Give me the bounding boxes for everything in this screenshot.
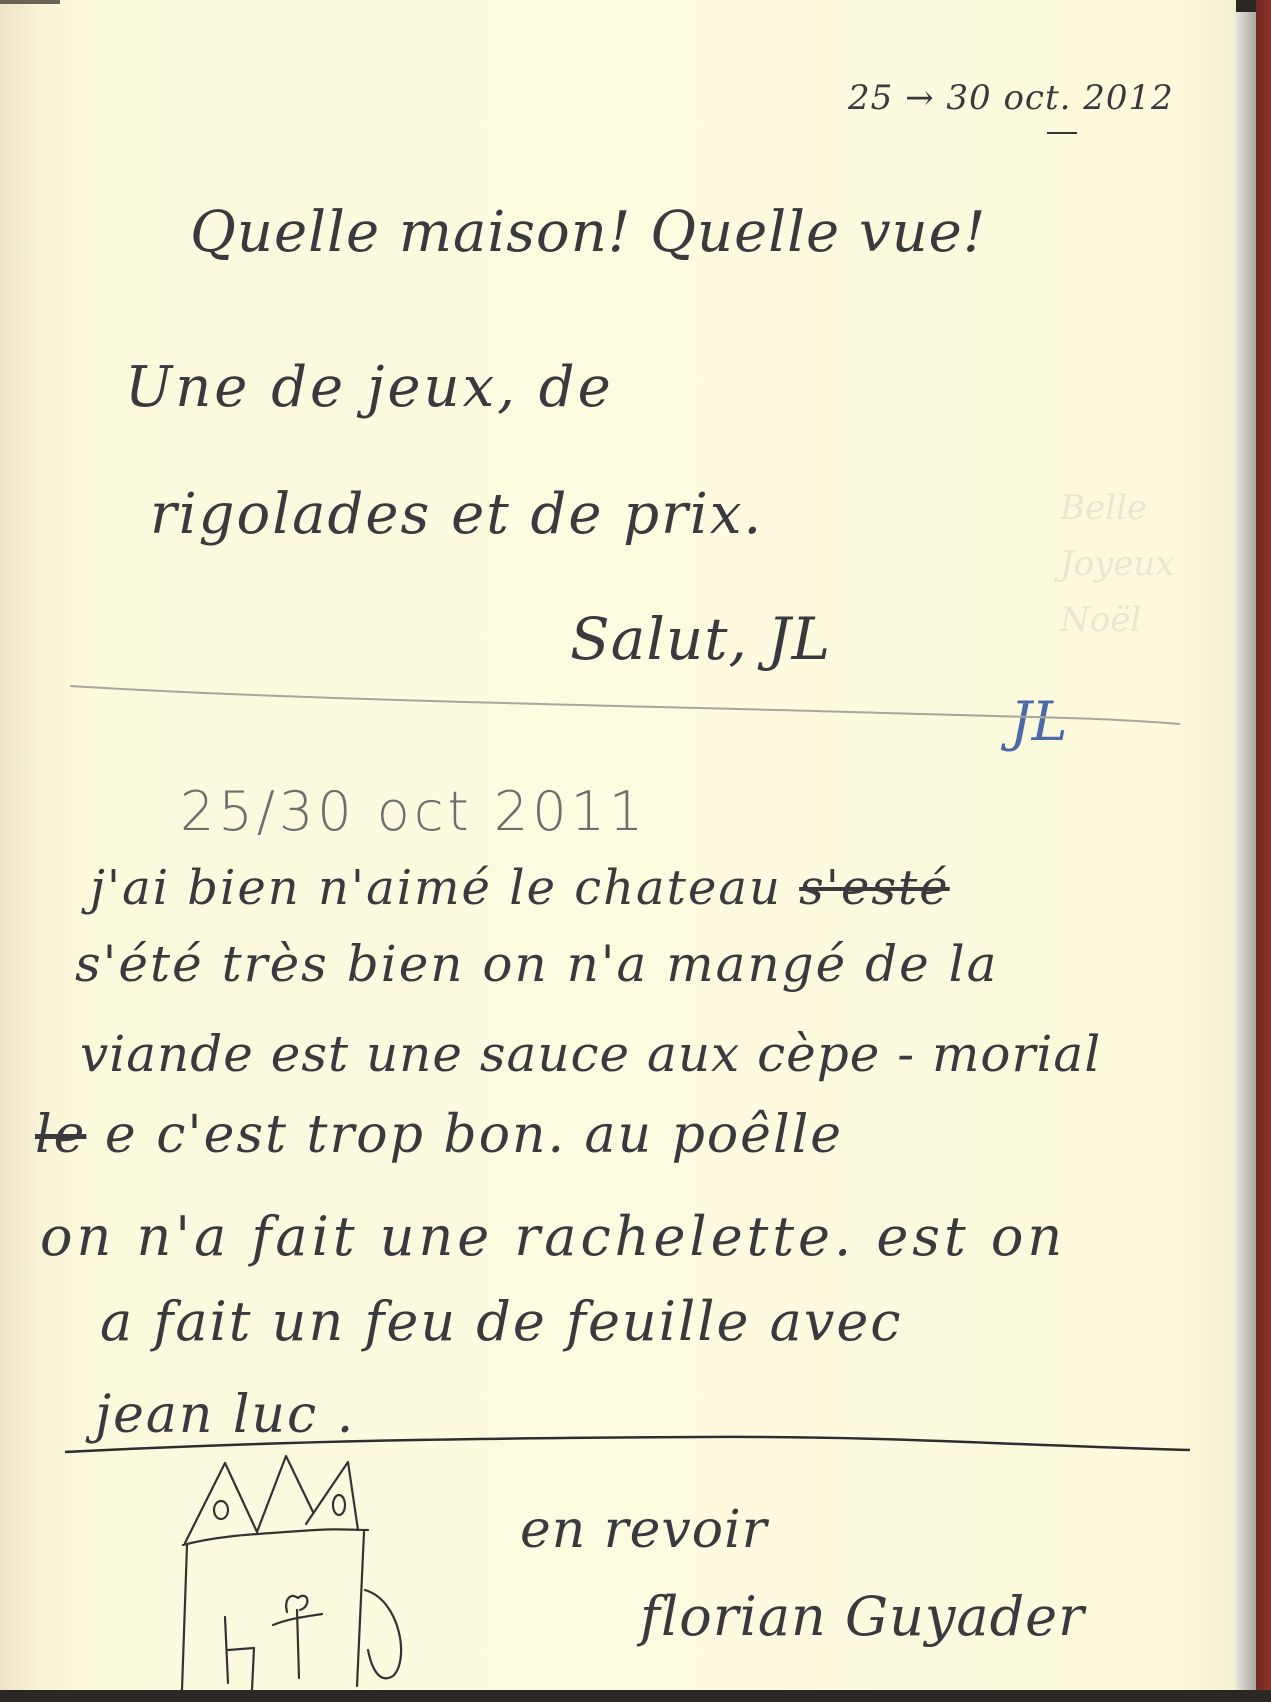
castle-drawing-icon	[0, 0, 1236, 1690]
book-cover-edge	[1256, 0, 1271, 1702]
entry-child-closing: en revoir	[520, 1500, 768, 1560]
entry-child-signature: florian Guyader	[640, 1585, 1085, 1648]
page-block-edge	[1236, 12, 1256, 1692]
guestbook-page: Belle Joyeux Noël 25 → 30 oct. 2012 Quel…	[0, 0, 1236, 1690]
scan-bottom-shadow	[0, 1690, 1271, 1702]
